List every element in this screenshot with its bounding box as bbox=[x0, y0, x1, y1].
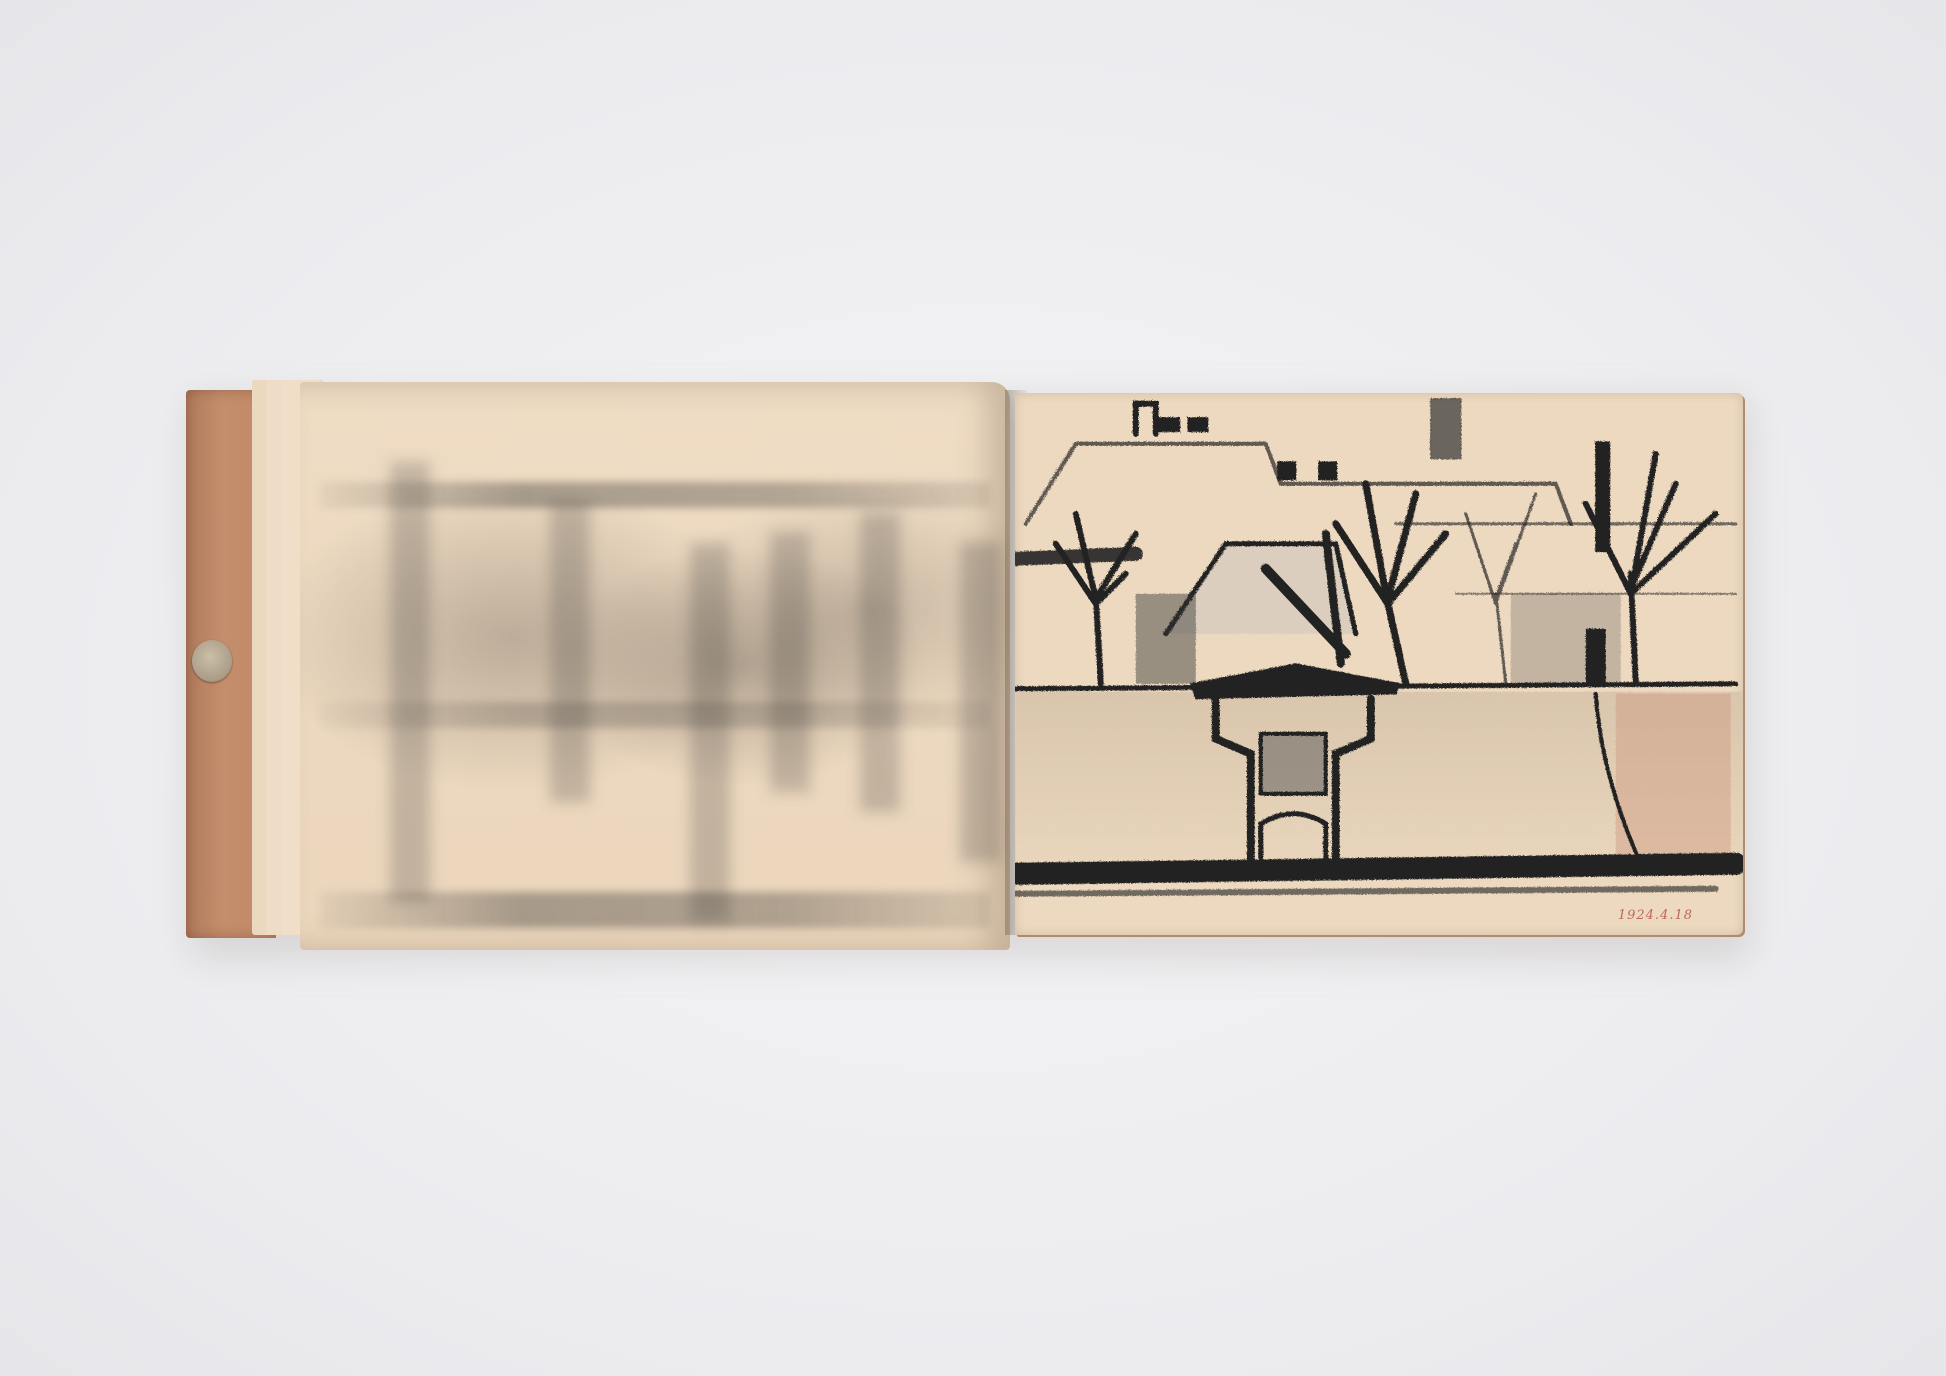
left-page-offset-drawing bbox=[300, 382, 1010, 950]
smudge bbox=[960, 542, 1000, 862]
smudge bbox=[690, 542, 730, 922]
cover-clasp bbox=[192, 640, 232, 682]
smudge bbox=[390, 462, 430, 902]
charcoal-drawing bbox=[1015, 393, 1743, 935]
smudge bbox=[550, 502, 590, 802]
smudge bbox=[860, 512, 900, 812]
date-signature: 1924.4.18 bbox=[1618, 908, 1693, 923]
right-page-drawing: 1924.4.18 bbox=[1015, 393, 1743, 935]
smudge bbox=[770, 532, 810, 792]
photo-scene: 1924.4.18 Open sketchbook with charcoal … bbox=[0, 0, 1946, 1376]
